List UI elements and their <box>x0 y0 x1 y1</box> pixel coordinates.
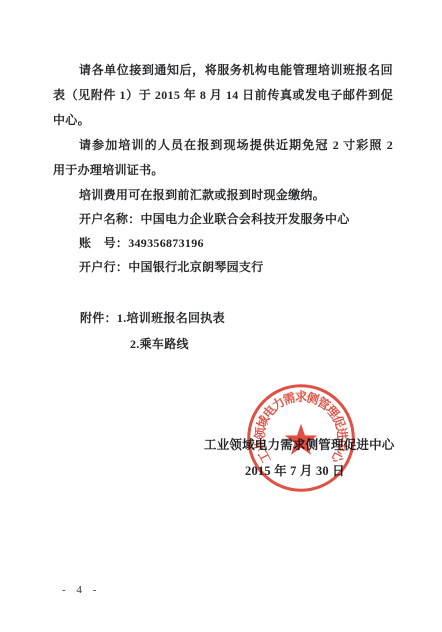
seal-arc-char: 求 <box>295 389 307 404</box>
bank-account-number-line: 账 号：349356873196 <box>53 233 393 254</box>
body-line-2: 表（见附件 1）于 2015 年 8 月 14 日前传真或发电子邮件到促进 <box>53 85 393 106</box>
document-page: 请各单位接到通知后，将服务机构电能管理培训班报名回执 表（见附件 1）于 201… <box>0 0 442 632</box>
seal-arc-char: 理 <box>323 403 342 422</box>
body-line-6: 培训费用可在报到前汇款或报到时现金缴纳。 <box>53 185 393 206</box>
attachment-line-1: 附件：1.培训班报名回执表 <box>80 308 225 329</box>
seal-arc-char: 侧 <box>304 389 321 407</box>
seal-arc-text: 工 业 领 域 电 力 需 求 侧 管 理 促 进 中 心 <box>252 389 351 466</box>
seal-arc-char: 电 <box>260 401 280 421</box>
body-line-4: 请参加培训的人员在报到现场提供近期免冠 2 寸彩照 2 张， <box>53 135 393 156</box>
body-line-5: 用于办理培训证书。 <box>53 160 393 181</box>
body-line-1: 请各单位接到通知后，将服务机构电能管理培训班报名回执 <box>53 60 393 81</box>
seal-arc-char: 域 <box>254 413 273 431</box>
bank-branch-line: 开户行：中国银行北京朗琴园支行 <box>53 257 393 278</box>
seal-arc-char: 管 <box>315 394 334 414</box>
seal-arc-char: 力 <box>269 394 288 413</box>
seal-arc-char: 促 <box>330 413 349 431</box>
bank-account-name-line: 开户名称：中国电力企业联合会科技开发服务中心 <box>53 209 393 230</box>
signature-date: 2015 年 7 月 30 日 <box>245 461 345 479</box>
attachment-line-2: 2.乘车路线 <box>130 334 189 355</box>
signature-org-name: 工业领域电力需求侧管理促进中心 <box>204 435 395 453</box>
page-number: - 4 - <box>62 584 99 596</box>
seal-arc-char: 需 <box>281 389 298 407</box>
body-line-3: 中心。 <box>53 110 393 131</box>
